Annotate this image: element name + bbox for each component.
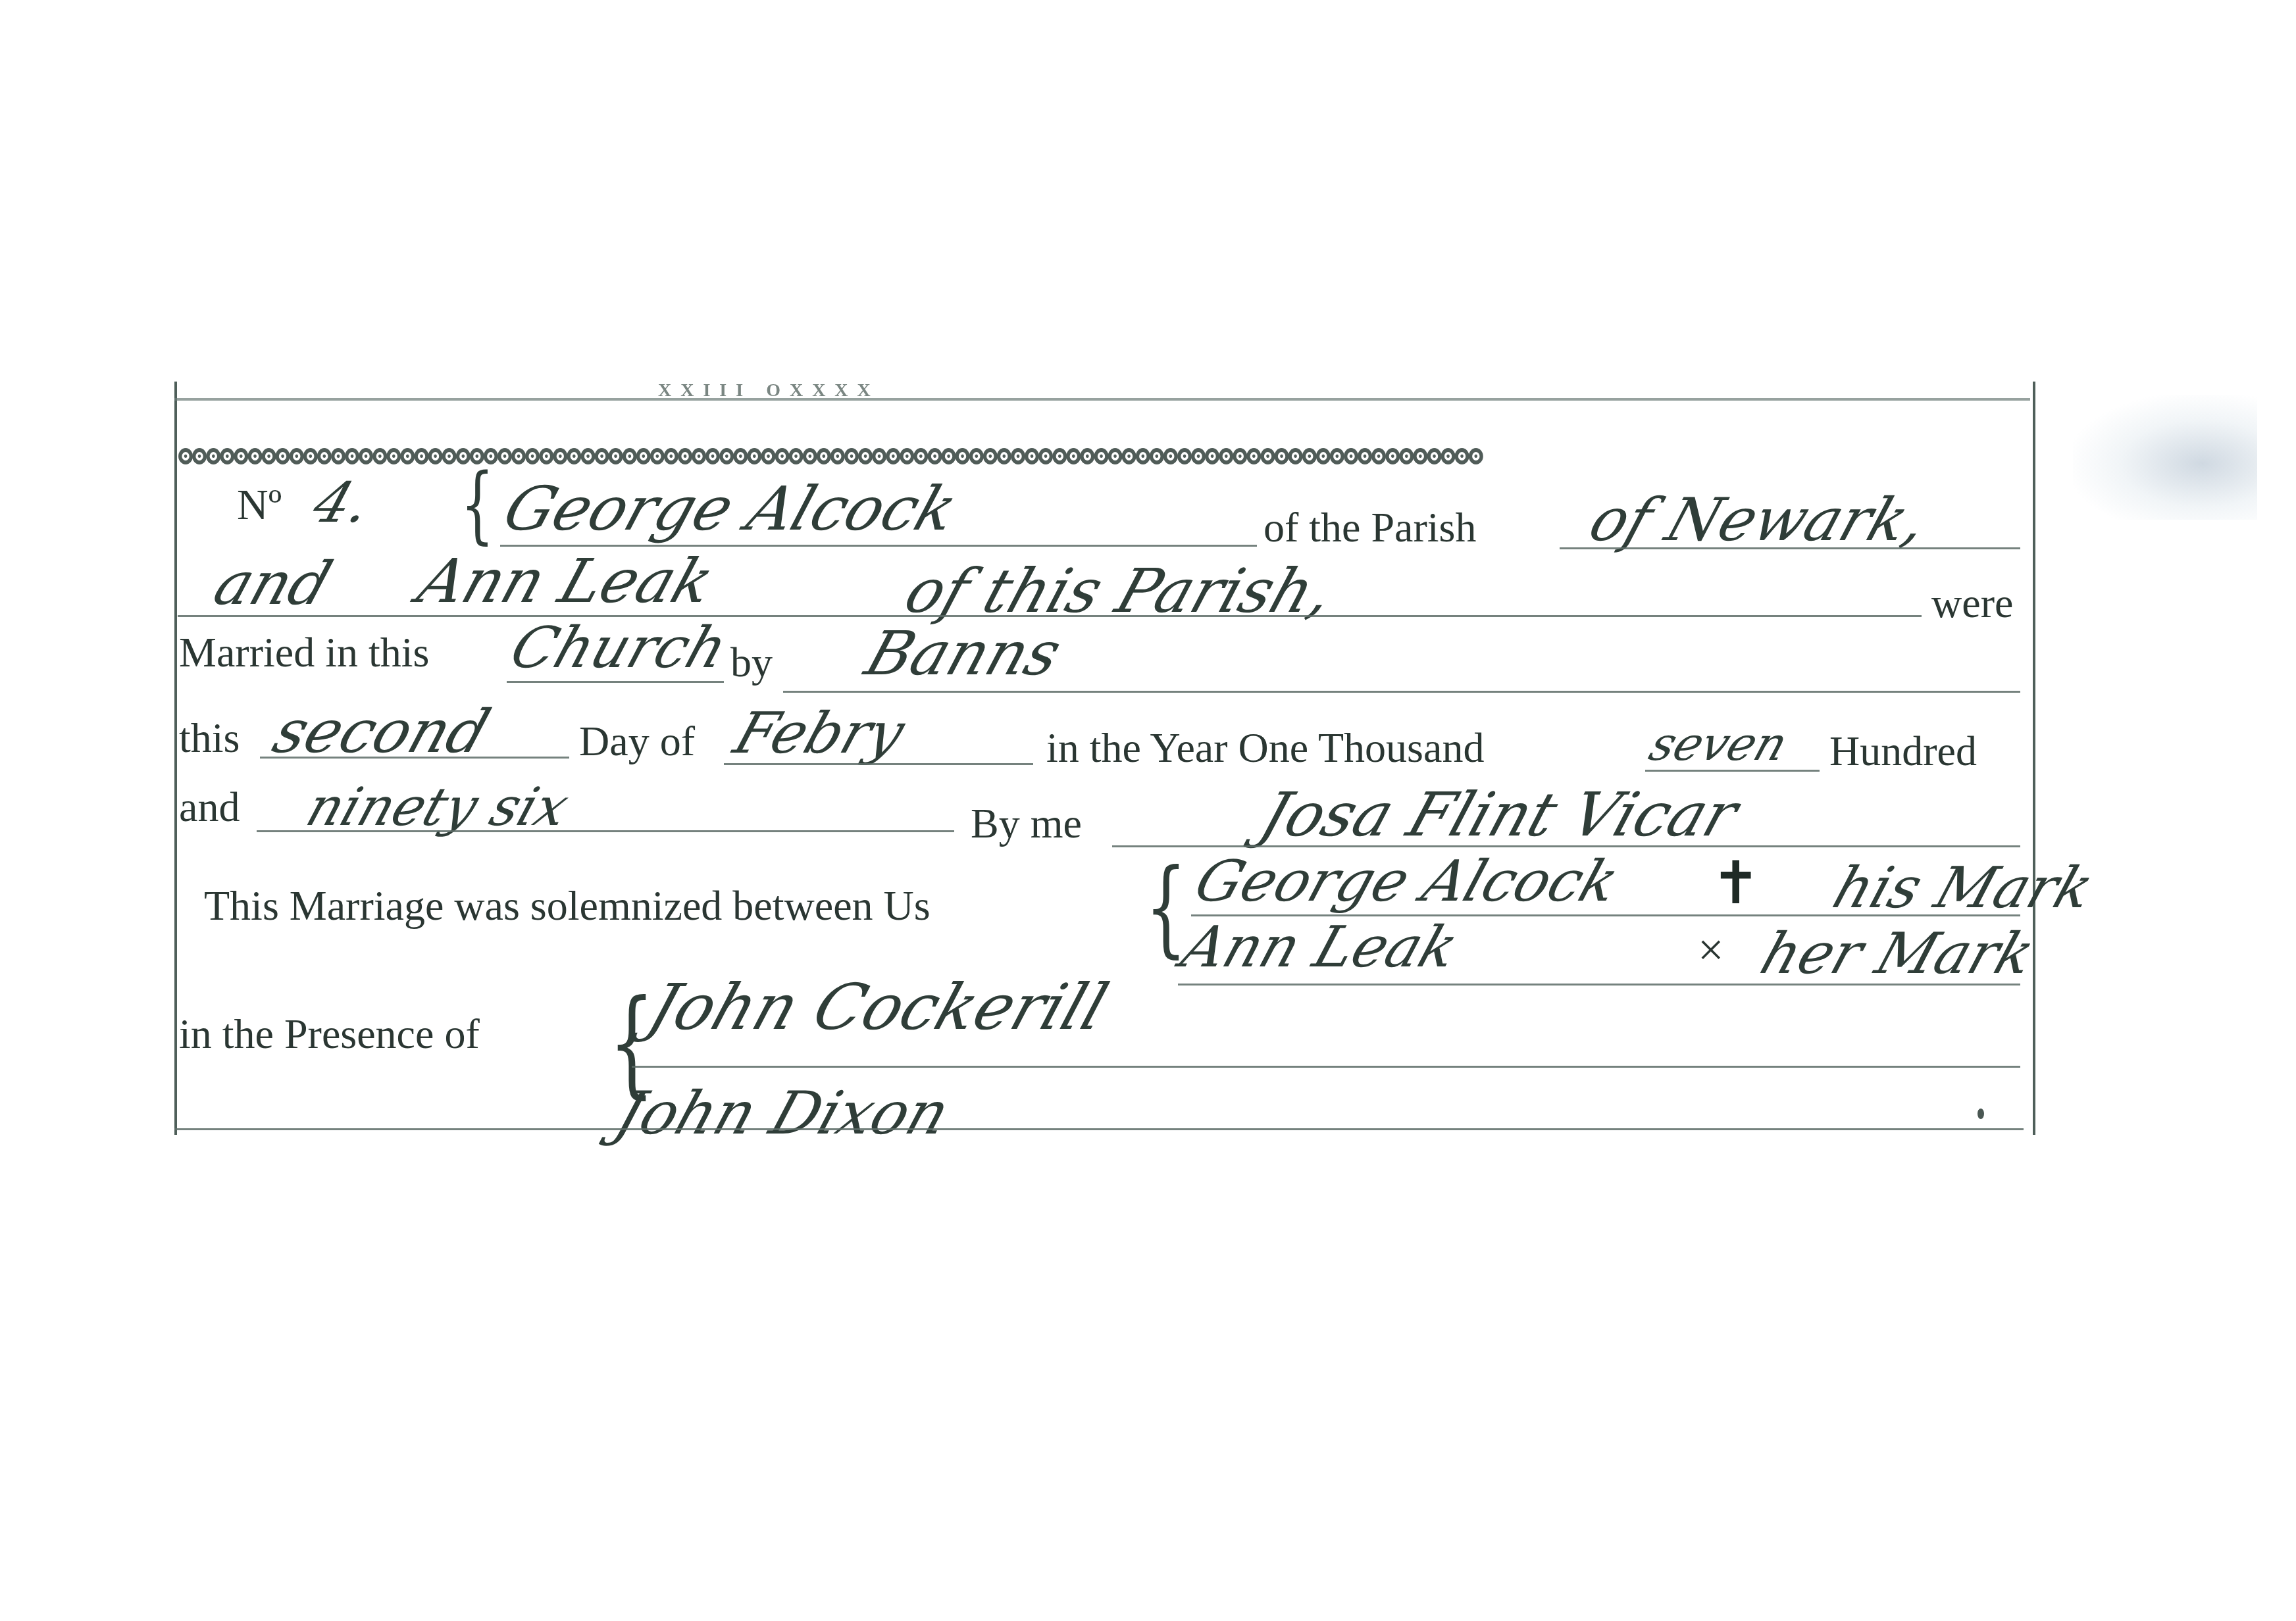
groom-parish: of Newark, [1581,486,1936,555]
previous-entry-remnant: XXIII OXXXX [658,380,1066,389]
bride-name: Ann Leak [410,546,723,616]
of-the-parish-label: of the Parish [1263,503,1477,552]
rule [1178,984,2020,985]
rule [1112,845,2020,847]
year-rest: ninety six [299,776,576,837]
day-of-label: Day of [579,717,695,766]
were-label: were [1931,579,2013,628]
married-in-this-label: Married in this [179,628,429,677]
rule [724,763,1033,765]
year-hundreds: seven [1643,717,1795,771]
rule [257,830,954,832]
rule [632,1066,2020,1068]
rule [178,615,1922,617]
signature-groom: George Alcock [1187,849,1627,914]
marriage-method: Banns [857,618,1070,689]
rule [507,681,724,683]
scan-smudge [2073,395,2257,520]
witness-2: John Dixon [607,1079,958,1148]
ornamental-border: ʘʘʘʘʘʘʘʘʘʘʘʘʘʘʘʘʘʘʘʘʘʘʘʘʘʘʘʘʘʘʘʘʘʘʘʘʘʘʘʘ… [178,436,2030,475]
this-label: this [179,714,240,762]
groom-mark-text: his Mark [1825,855,2101,921]
entry-number-label: Nº [237,480,282,530]
by-me-label: By me [971,799,1082,848]
bride-mark-x-icon: × [1698,924,1723,977]
month: Febry [727,701,913,766]
groom-name: George Alcock [496,474,966,544]
presence-label: in the Presence of [179,1010,480,1059]
brace-icon: { [1145,845,1187,968]
ink-dot [1977,1109,1984,1119]
rule [1560,547,2020,549]
by-label: by [730,638,773,687]
bottom-rule [174,1128,2024,1130]
brace-icon: { [461,455,494,553]
and-label: and [206,549,340,618]
groom-mark-cross-icon: ✝ [1711,849,1760,918]
top-rule [174,398,2030,401]
officiant: Josa Flint Vicar [1252,780,1747,850]
solemnized-label: This Marriage was solemnized between Us [204,882,931,930]
signature-bride: Ann Leak [1174,914,1466,980]
and-label-2: and [179,783,240,832]
rule [260,757,569,759]
rule [783,691,2020,693]
rule [1645,770,1820,772]
place: Church [503,615,736,681]
witness-1: John Cockerill [640,970,1117,1044]
bride-mark-text: her Mark [1753,921,2043,987]
year-prefix-label: in the Year One Thousand [1046,724,1484,772]
hundred-label: Hundred [1829,727,1977,776]
